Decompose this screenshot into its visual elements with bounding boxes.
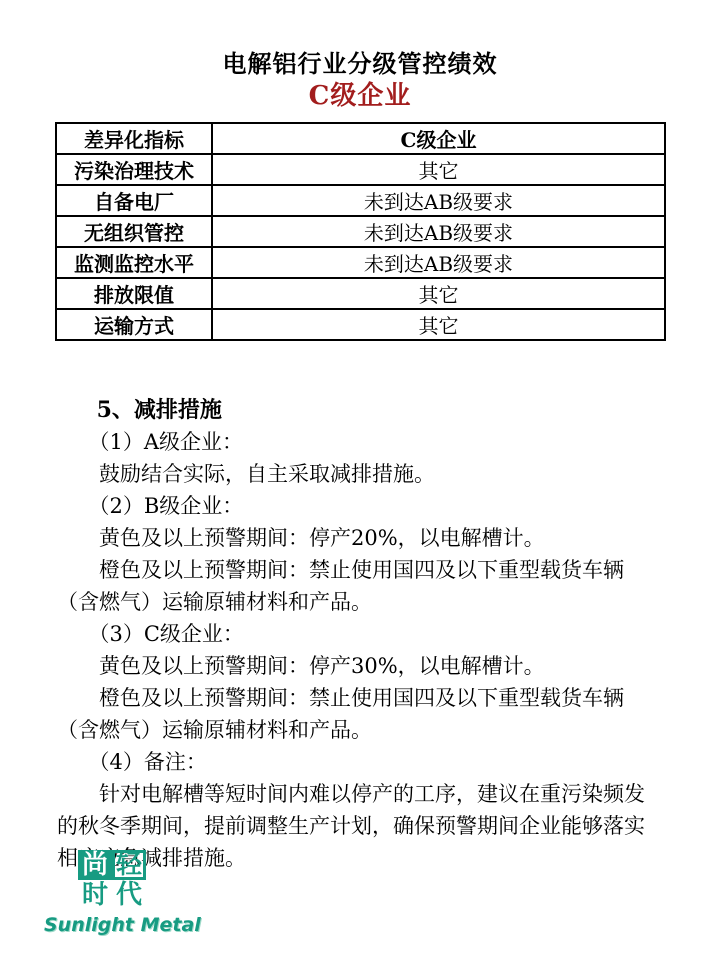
row-value: 其它 xyxy=(212,309,665,340)
logo-char-qing: 轻 xyxy=(112,850,146,880)
table-row: 运输方式 其它 xyxy=(56,309,665,340)
row-value: 其它 xyxy=(212,154,665,185)
page-subtitle: C级企业 xyxy=(0,75,720,112)
table-header-row: 差异化指标 C级企业 xyxy=(56,123,665,154)
logo-character-grid: 尚 轻 时 代 xyxy=(78,850,146,910)
body-paragraph: （3）C级企业： xyxy=(57,618,665,650)
body-paragraph: 针对电解槽等短时间内难以停产的工序，建议在重污染频发的秋冬季期间，提前调整生产计… xyxy=(57,778,665,874)
logo-char-shang: 尚 xyxy=(78,850,112,880)
row-value: 未到达AB级要求 xyxy=(212,216,665,247)
grading-table: 差异化指标 C级企业 污染治理技术 其它 自备电厂 未到达AB级要求 无组织管控… xyxy=(55,122,666,341)
row-label: 无组织管控 xyxy=(56,216,212,247)
row-value: 未到达AB级要求 xyxy=(212,185,665,216)
sunlight-metal-logo: 尚 轻 时 代 xyxy=(78,850,146,910)
table-row: 监测监控水平 未到达AB级要求 xyxy=(56,247,665,278)
body-paragraph: 黄色及以上预警期间：停产30%，以电解槽计。 xyxy=(57,650,665,682)
table-header-enterprise: C级企业 xyxy=(212,123,665,154)
row-value: 未到达AB级要求 xyxy=(212,247,665,278)
document-page: 电解铝行业分级管控绩效 C级企业 差异化指标 C级企业 污染治理技术 其它 自备… xyxy=(0,0,720,960)
logo-wordmark: Sunlight Metal xyxy=(44,914,201,936)
logo-char-dai: 代 xyxy=(112,880,146,910)
table-row: 污染治理技术 其它 xyxy=(56,154,665,185)
row-value: 其它 xyxy=(212,278,665,309)
section-heading: 5、减排措施 xyxy=(57,394,665,426)
table-header-indicator: 差异化指标 xyxy=(56,123,212,154)
body-paragraph: （2）B级企业： xyxy=(57,490,665,522)
table-row: 自备电厂 未到达AB级要求 xyxy=(56,185,665,216)
row-label: 自备电厂 xyxy=(56,185,212,216)
body-paragraph: （4）备注： xyxy=(57,746,665,778)
logo-char-shi: 时 xyxy=(78,880,112,910)
row-label: 污染治理技术 xyxy=(56,154,212,185)
body-paragraph: 橙色及以上预警期间：禁止使用国四及以下重型载货车辆（含燃气）运输原辅材料和产品。 xyxy=(57,682,665,746)
row-label: 运输方式 xyxy=(56,309,212,340)
measures-section: 5、减排措施 （1）A级企业： 鼓励结合实际，自主采取减排措施。 （2）B级企业… xyxy=(57,394,665,874)
body-paragraph: （1）A级企业： xyxy=(57,426,665,458)
body-paragraph: 黄色及以上预警期间：停产20%，以电解槽计。 xyxy=(57,522,665,554)
table-row: 排放限值 其它 xyxy=(56,278,665,309)
table-row: 无组织管控 未到达AB级要求 xyxy=(56,216,665,247)
row-label: 排放限值 xyxy=(56,278,212,309)
page-title: 电解铝行业分级管控绩效 xyxy=(0,44,720,79)
body-paragraph: 橙色及以上预警期间：禁止使用国四及以下重型载货车辆（含燃气）运输原辅材料和产品。 xyxy=(57,554,665,618)
row-label: 监测监控水平 xyxy=(56,247,212,278)
body-paragraph: 鼓励结合实际，自主采取减排措施。 xyxy=(57,458,665,490)
